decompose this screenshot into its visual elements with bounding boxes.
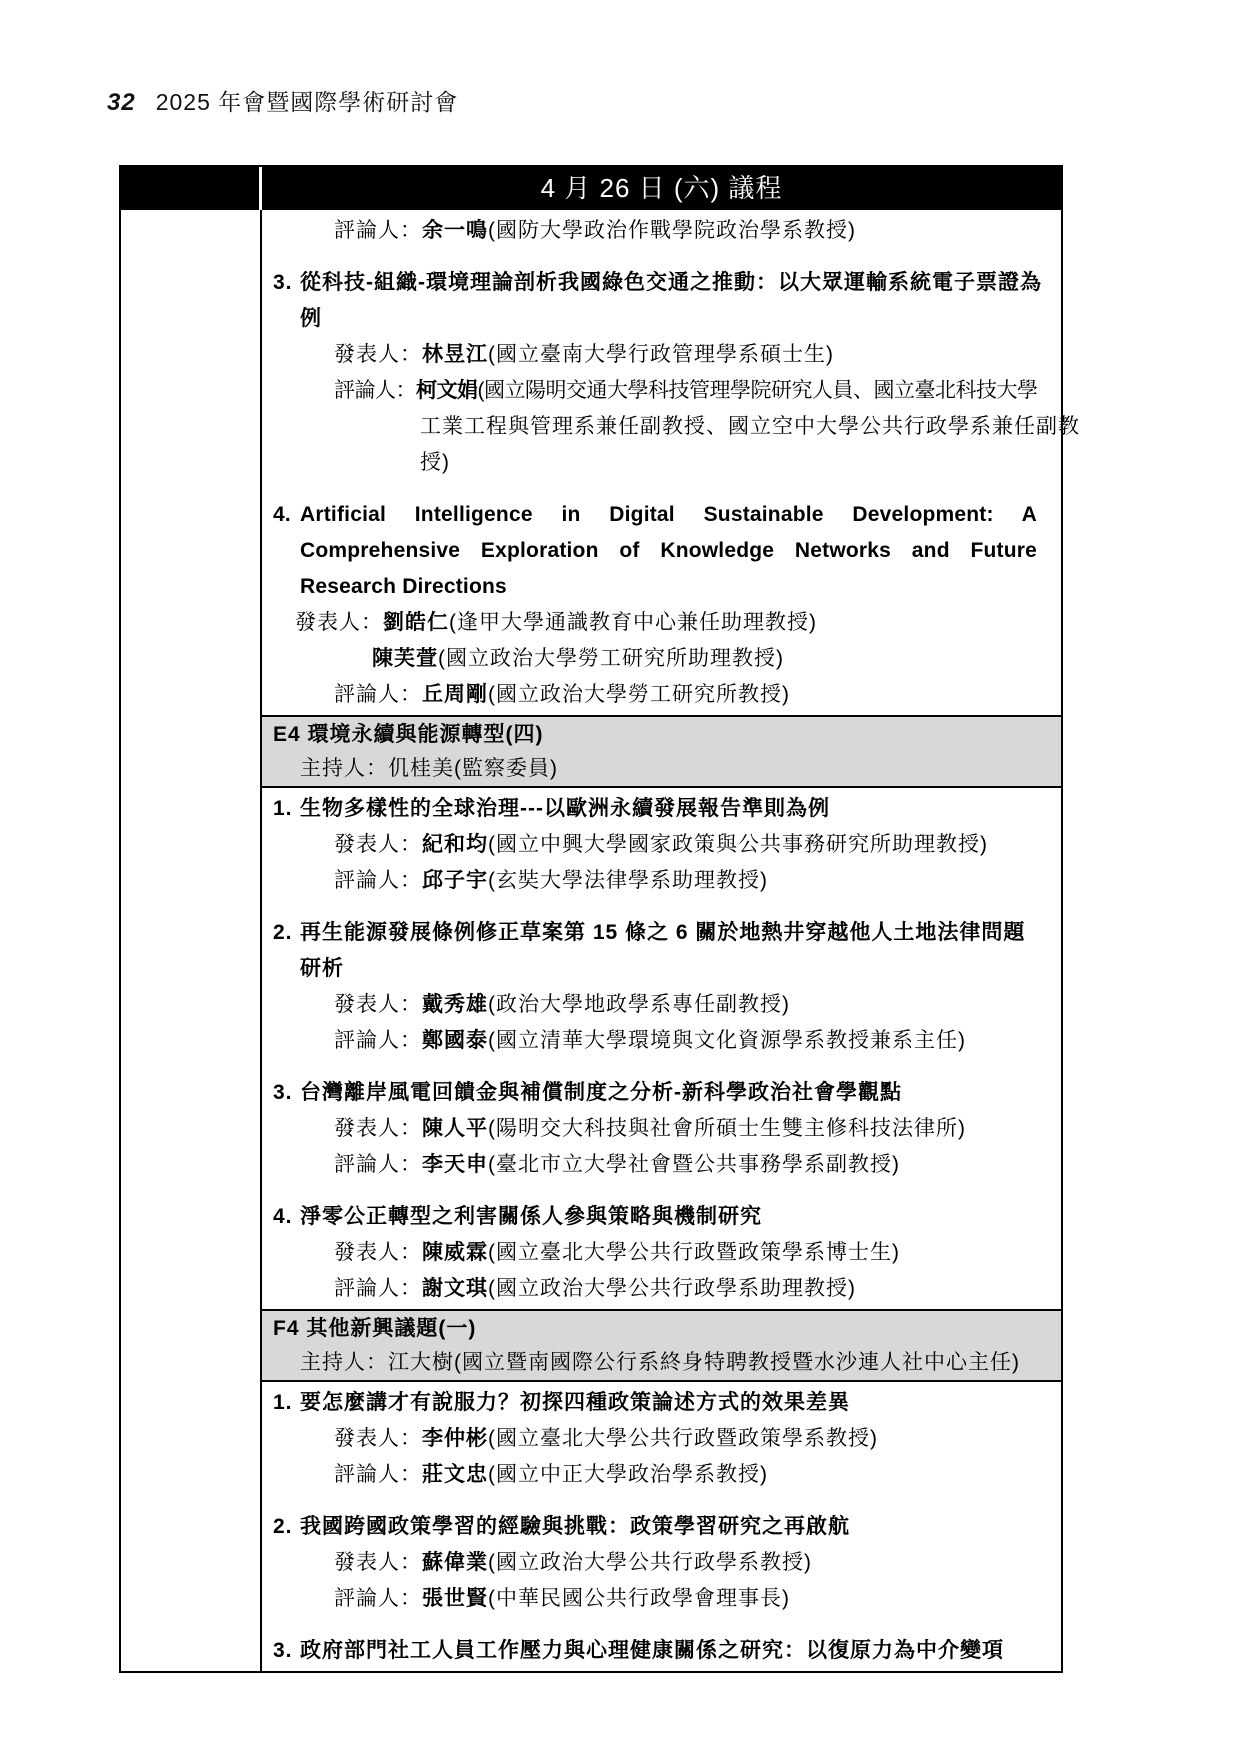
spacer [262,481,1037,497]
person-affiliation: (國立臺北大學公共行政暨政策學系教授) [488,1427,878,1450]
item-number: 4. [273,497,291,533]
person-affiliation: (國立政治大學公共行政學系教授) [488,1551,812,1574]
person-name: 江大樹 [388,1351,454,1374]
presenter-line: 發表人：紀和均(國立中興大學國家政策與公共事務研究所助理教授) [262,827,1037,863]
co-presenter-line: 陳芙萱(國立政治大學勞工研究所助理教授) [262,641,1037,677]
person-name: 柯文娟 [416,379,478,402]
item-number: 3. [273,265,293,301]
item-number: 2. [273,1509,293,1545]
commentator-line: 評論人：謝文琪(國立政治大學公共行政學系助理教授) [262,1271,1037,1307]
person-affiliation: (國立政治大學勞工研究所助理教授) [438,647,784,670]
presenter-line: 發表人：劉皓仁(逢甲大學通識教育中心兼任助理教授) [262,605,1037,641]
item-number: 1. [273,1385,293,1421]
commentator-line: 評論人：莊文忠(國立中正大學政治學系教授) [262,1457,1037,1493]
role-label: 發表人： [295,611,383,634]
item-number: 4. [273,1199,293,1235]
session-content-block: 評論人：余一鳴(國防大學政治作戰學院政治學系教授)3.從科技-組織-環境理論剖析… [262,210,1061,715]
session-header-row: E4 環境永續與能源轉型(四)主持人：仉桂美(監察委員) [262,715,1061,788]
commentator-line: 評論人：張世賢(中華民國公共行政學會理事長) [262,1581,1037,1617]
person-affiliation: (中華民國公共行政學會理事長) [488,1587,790,1610]
person-name: 邱子宇 [422,869,488,892]
person-name: 陳人平 [422,1117,488,1140]
item-title-line: 2.我國跨國政策學習的經驗與挑戰：政策學習研究之再啟航 [262,1509,1037,1545]
role-label: 評論人： [334,1587,422,1610]
document-page: 322025 年會暨國際學術研討會 4 月 26 日 (六) 議程 評論人：余一… [0,0,1241,1755]
person-affiliation: (國防大學政治作戰學院政治學系教授) [488,219,856,242]
person-affiliation: (監察委員) [454,757,558,780]
item-number: 2. [273,915,293,951]
item-number: 3. [273,1075,293,1111]
affiliation-continuation: 授) [262,445,1037,481]
role-label: 發表人： [334,1241,422,1264]
presenter-line: 發表人：陳威霖(國立臺北大學公共行政暨政策學系博士生) [262,1235,1037,1271]
item-number: 1. [273,791,293,827]
person-name: 張世賢 [422,1587,488,1610]
role-label: 主持人： [300,757,388,780]
item-title-line: 3.台灣離岸風電回饋金與補償制度之分析-新科學政治社會學觀點 [262,1075,1037,1111]
session-content-block: 1.要怎麼講才有說服力？初探四種政策論述方式的效果差異發表人：李仲彬(國立臺北大… [262,1382,1061,1671]
role-label: 主持人： [300,1351,388,1374]
spacer [262,1493,1037,1509]
person-affiliation: (政治大學地政學系專任副教授) [488,993,790,1016]
person-name: 紀和均 [422,833,488,856]
person-name: 丘周剛 [422,683,488,706]
item-title-text: 我國跨國政策學習的經驗與挑戰：政策學習研究之再啟航 [300,1515,850,1538]
person-name: 陳威霖 [422,1241,488,1264]
commentator-line: 評論人：柯文娟(國立陽明交通大學科技管理學院研究人員、國立臺北科技大學 [262,373,1037,409]
person-affiliation: (國立臺南大學行政管理學系碩士生) [488,343,834,366]
item-title-text: 生物多樣性的全球治理---以歐洲永續發展報告準則為例 [300,797,830,820]
person-affiliation: (國立暨南國際公行系終身特聘教授暨水沙連人社中心主任) [454,1351,1020,1374]
commentator-line: 評論人：余一鳴(國防大學政治作戰學院政治學系教授) [262,213,1037,249]
role-label: 發表人： [334,1551,422,1574]
person-name: 鄭國泰 [422,1029,488,1052]
role-label: 評論人： [334,1153,422,1176]
commentator-line: 評論人：李天申(臺北市立大學社會暨公共事務學系副教授) [262,1147,1037,1183]
item-title-line: 4.Artificial Intelligence in Digital Sus… [262,497,1037,533]
person-affiliation: (國立清華大學環境與文化資源學系教授兼系主任) [488,1029,966,1052]
person-affiliation: (玄奘大學法律學系助理教授) [488,869,768,892]
item-number: 3. [273,1633,293,1669]
person-name: 仉桂美 [388,757,454,780]
person-affiliation: (國立中興大學國家政策與公共事務研究所助理教授) [488,833,988,856]
item-title-text: 再生能源發展條例修正草案第 15 條之 6 關於地熱井穿越他人土地法律問題 [300,921,1025,944]
commentator-line: 評論人：鄭國泰(國立清華大學環境與文化資源學系教授兼系主任) [262,1023,1037,1059]
spacer [262,249,1037,265]
item-title-text: 從科技-組織-環境理論剖析我國綠色交通之推動：以大眾運輸系統電子票證為 [300,271,1042,294]
session-code-title: E4 環境永續與能源轉型(四) [262,718,1037,752]
item-title-line: 2.再生能源發展條例修正草案第 15 條之 6 關於地熱井穿越他人土地法律問題 [262,915,1037,951]
role-label: 評論人： [334,683,422,706]
person-name: 劉皓仁 [383,611,449,634]
person-affiliation: (國立中正大學政治學系教授) [488,1463,768,1486]
item-title-line: 3.從科技-組織-環境理論剖析我國綠色交通之推動：以大眾運輸系統電子票證為 [262,265,1037,301]
person-name: 蘇偉業 [422,1551,488,1574]
role-label: 發表人： [334,343,422,366]
role-label: 評論人： [334,379,416,402]
item-title-line: 1.要怎麼講才有說服力？初探四種政策論述方式的效果差異 [262,1385,1037,1421]
spacer [262,1059,1037,1075]
session-header-row: F4 其他新興議題(一)主持人：江大樹(國立暨南國際公行系終身特聘教授暨水沙連人… [262,1309,1061,1382]
commentator-line: 評論人：丘周剛(國立政治大學勞工研究所教授) [262,677,1037,713]
item-title-line: 4.淨零公正轉型之利害關係人參與策略與機制研究 [262,1199,1037,1235]
item-title-continuation: 研析 [262,951,1037,987]
agenda-table: 4 月 26 日 (六) 議程 評論人：余一鳴(國防大學政治作戰學院政治學系教授… [119,165,1063,1673]
person-affiliation: (陽明交大科技與社會所碩士生雙主修科技法律所) [488,1117,966,1140]
role-label: 評論人： [334,1277,422,1300]
conference-title: 2025 年會暨國際學術研討會 [156,89,459,115]
presenter-line: 發表人：林昱江(國立臺南大學行政管理學系碩士生) [262,337,1037,373]
item-title-text: 政府部門社工人員工作壓力與心理健康關係之研究：以復原力為中介變項 [300,1639,1004,1662]
item-title-line: 1.生物多樣性的全球治理---以歐洲永續發展報告準則為例 [262,791,1037,827]
presenter-line: 發表人：蘇偉業(國立政治大學公共行政學系教授) [262,1545,1037,1581]
role-label: 評論人： [334,869,422,892]
person-name: 陳芙萱 [372,647,438,670]
role-label: 評論人： [334,1463,422,1486]
person-affiliation: (國立臺北大學公共行政暨政策學系博士生) [488,1241,900,1264]
item-title-text: 要怎麼講才有說服力？初探四種政策論述方式的效果差異 [300,1391,850,1414]
item-title-text: Artificial Intelligence in Digital Susta… [300,503,1037,526]
session-code-title: F4 其他新興議題(一) [262,1312,1037,1346]
role-label: 發表人： [334,1117,422,1140]
main-column: 評論人：余一鳴(國防大學政治作戰學院政治學系教授)3.從科技-組織-環境理論剖析… [262,210,1061,1671]
role-label: 發表人： [334,833,422,856]
person-name: 林昱江 [422,343,488,366]
item-title-continuation: 例 [262,301,1037,337]
role-label: 評論人： [334,1029,422,1052]
person-affiliation: (國立政治大學勞工研究所教授) [488,683,790,706]
item-title-text: 淨零公正轉型之利害關係人參與策略與機制研究 [300,1205,762,1228]
role-label: 發表人： [334,1427,422,1450]
presenter-line: 發表人：李仲彬(國立臺北大學公共行政暨政策學系教授) [262,1421,1037,1457]
commentator-line: 評論人：邱子宇(玄奘大學法律學系助理教授) [262,863,1037,899]
person-name: 謝文琪 [422,1277,488,1300]
person-affiliation: (國立陽明交通大學科技管理學院研究人員、國立臺北科技大學 [478,379,1038,402]
affiliation-continuation: 工業工程與管理系兼任副教授、國立空中大學公共行政學系兼任副教 [262,409,1037,445]
item-title-continuation: Research Directions [262,569,1037,605]
session-content-block: 1.生物多樣性的全球治理---以歐洲永續發展報告準則為例發表人：紀和均(國立中興… [262,788,1061,1309]
table-header-row: 4 月 26 日 (六) 議程 [121,167,1061,210]
item-title-continuation: Comprehensive Exploration of Knowledge N… [262,533,1037,569]
page-header: 322025 年會暨國際學術研討會 [107,84,458,117]
person-affiliation: (臺北市立大學社會暨公共事務學系副教授) [488,1153,900,1176]
person-affiliation: (逢甲大學通識教育中心兼任助理教授) [449,611,817,634]
person-name: 李仲彬 [422,1427,488,1450]
person-affiliation: (國立政治大學公共行政學系助理教授) [488,1277,856,1300]
item-title-text: 台灣離岸風電回饋金與補償制度之分析-新科學政治社會學觀點 [300,1081,902,1104]
spacer [262,1183,1037,1199]
page-number: 32 [107,89,136,116]
role-label: 評論人： [334,219,422,242]
item-title-line: 3.政府部門社工人員工作壓力與心理健康關係之研究：以復原力為中介變項 [262,1633,1037,1669]
time-column-cell [121,210,262,1671]
table-header-left-cell [121,167,262,210]
person-name: 戴秀雄 [422,993,488,1016]
session-chair-line: 主持人：江大樹(國立暨南國際公行系終身特聘教授暨水沙連人社中心主任) [262,1346,1037,1380]
role-label: 發表人： [334,993,422,1016]
presenter-line: 發表人：戴秀雄(政治大學地政學系專任副教授) [262,987,1037,1023]
table-header-title: 4 月 26 日 (六) 議程 [262,167,1061,210]
spacer [262,899,1037,915]
table-body: 評論人：余一鳴(國防大學政治作戰學院政治學系教授)3.從科技-組織-環境理論剖析… [121,210,1061,1671]
person-name: 余一鳴 [422,219,488,242]
person-name: 李天申 [422,1153,488,1176]
person-name: 莊文忠 [422,1463,488,1486]
presenter-line: 發表人：陳人平(陽明交大科技與社會所碩士生雙主修科技法律所) [262,1111,1037,1147]
session-chair-line: 主持人：仉桂美(監察委員) [262,752,1037,786]
spacer [262,1617,1037,1633]
